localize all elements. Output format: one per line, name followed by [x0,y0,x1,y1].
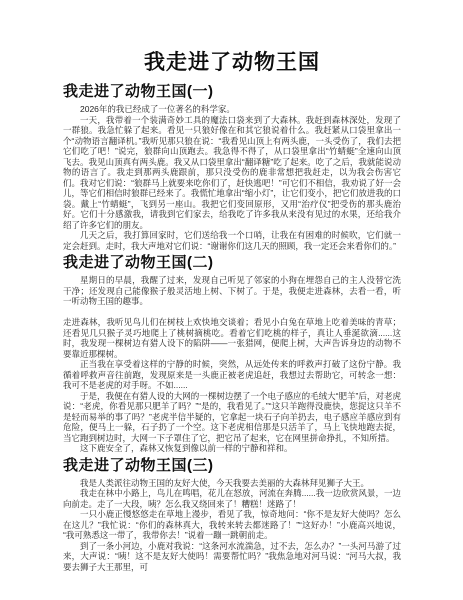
paragraph: 到了一条小河边，小鹿对我说：“这条河水流湍急，过不去，怎么办？”一头河马游了过来… [63,541,401,573]
paragraph: 星期日的早晨，我醒了过来，发现自己听见了邻家的小狗在埋怨自己的主人没替它洗干净；… [63,275,401,307]
section-3-heading: 我走进了动物王国(三) [63,457,401,475]
paragraph: 我是人类派往动物王国的友好大使，今天我要去美丽的大森林拜见狮子大王。 [63,478,401,489]
paragraph: 于是，我便在有猎人设的大网的一棵树边摆了一个电子感应的毛绒大“肥羊”后，对老虎说… [63,391,401,444]
paragraph: 我走在林中小路上，鸟儿在鸣唱，花儿在怒放，河流在奔腾......我一边欣赏风景，… [63,488,401,509]
paragraph: 2026年的我已经成了一位著名的科学家。 [63,104,401,115]
section-2-heading: 我走进了动物王国(二) [63,254,401,272]
essay-section-2: 我走进了动物王国(二) 星期日的早晨，我醒了过来，发现自己听见了邻家的小狗在埋怨… [63,254,401,454]
paragraph: 走进森林，我听见鸟儿们在树枝上欢快地交谈着；看见小白兔在草地上吃着美味的青草；还… [63,317,401,359]
section-1-heading: 我走进了动物王国(一) [63,83,401,101]
paragraph: 正当我在享受着这样的宁静的时候，突然，从远处传来的呼救声打破了这份宁静。我循着呼… [63,359,401,391]
paragraph: 一天，我带着一个装满奇妙工具的魔法口袋来到了大森林。我赶到森林深处，发现了一群狼… [63,115,401,231]
essay-section-1: 我走进了动物王国(一) 2026年的我已经成了一位著名的科学家。 一天，我带着一… [63,83,401,251]
essay-section-3: 我走进了动物王国(三) 我是人类派往动物王国的友好大使，今天我要去美丽的大森林拜… [63,457,401,573]
document-page: 我走进了动物王国 我走进了动物王国(一) 2026年的我已经成了一位著名的科学家… [0,0,463,600]
page-title: 我走进了动物王国 [63,50,401,76]
paragraph: 这下鹿安全了，森林又恢复到像以前一样的宁静和祥和。 [63,443,401,454]
paragraph: 几天之后，我打算回家时，它们送给我一个口哨，让我在有困难的时候吹，它们就一定会赶… [63,230,401,251]
paragraph: 一只小鹿正慢悠悠走在草地上漫步，看见了我，惊奇地问：“你不是友好大使吗？怎么在这… [63,509,401,541]
